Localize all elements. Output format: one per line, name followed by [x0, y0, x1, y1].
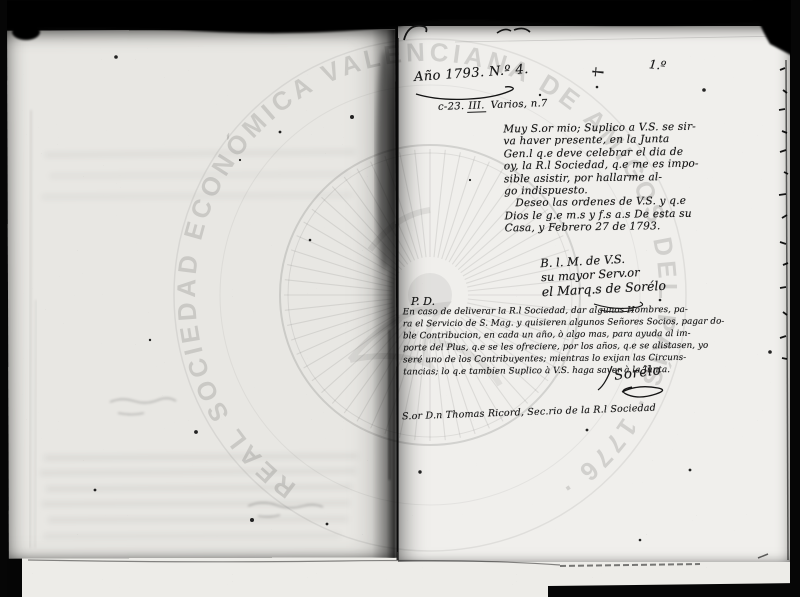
left-page	[7, 29, 397, 558]
postscript-body: En caso de deliverar la R.l Sociedad, da…	[403, 305, 725, 379]
classification-prefix: c-23.	[438, 101, 465, 113]
folio-number: 1.º	[648, 57, 666, 73]
postscript-label: P. D.	[411, 295, 435, 308]
cross-mark: †	[589, 66, 606, 77]
letter-body: Muy S.or mio; Suplico a V.S. se sir- va …	[503, 121, 699, 235]
letter-closing: B. l. M. de V.S. su mayor Serv.or el Mar…	[540, 251, 666, 299]
classification-roman: III.	[467, 100, 486, 113]
classification-rest: Varios, n.7	[490, 98, 547, 111]
scanned-manuscript-spread: REAL SOCIEDAD ECONÓMICA VALENCIANA DE AM…	[0, 0, 800, 597]
margin-white-specks	[1, 220, 6, 253]
